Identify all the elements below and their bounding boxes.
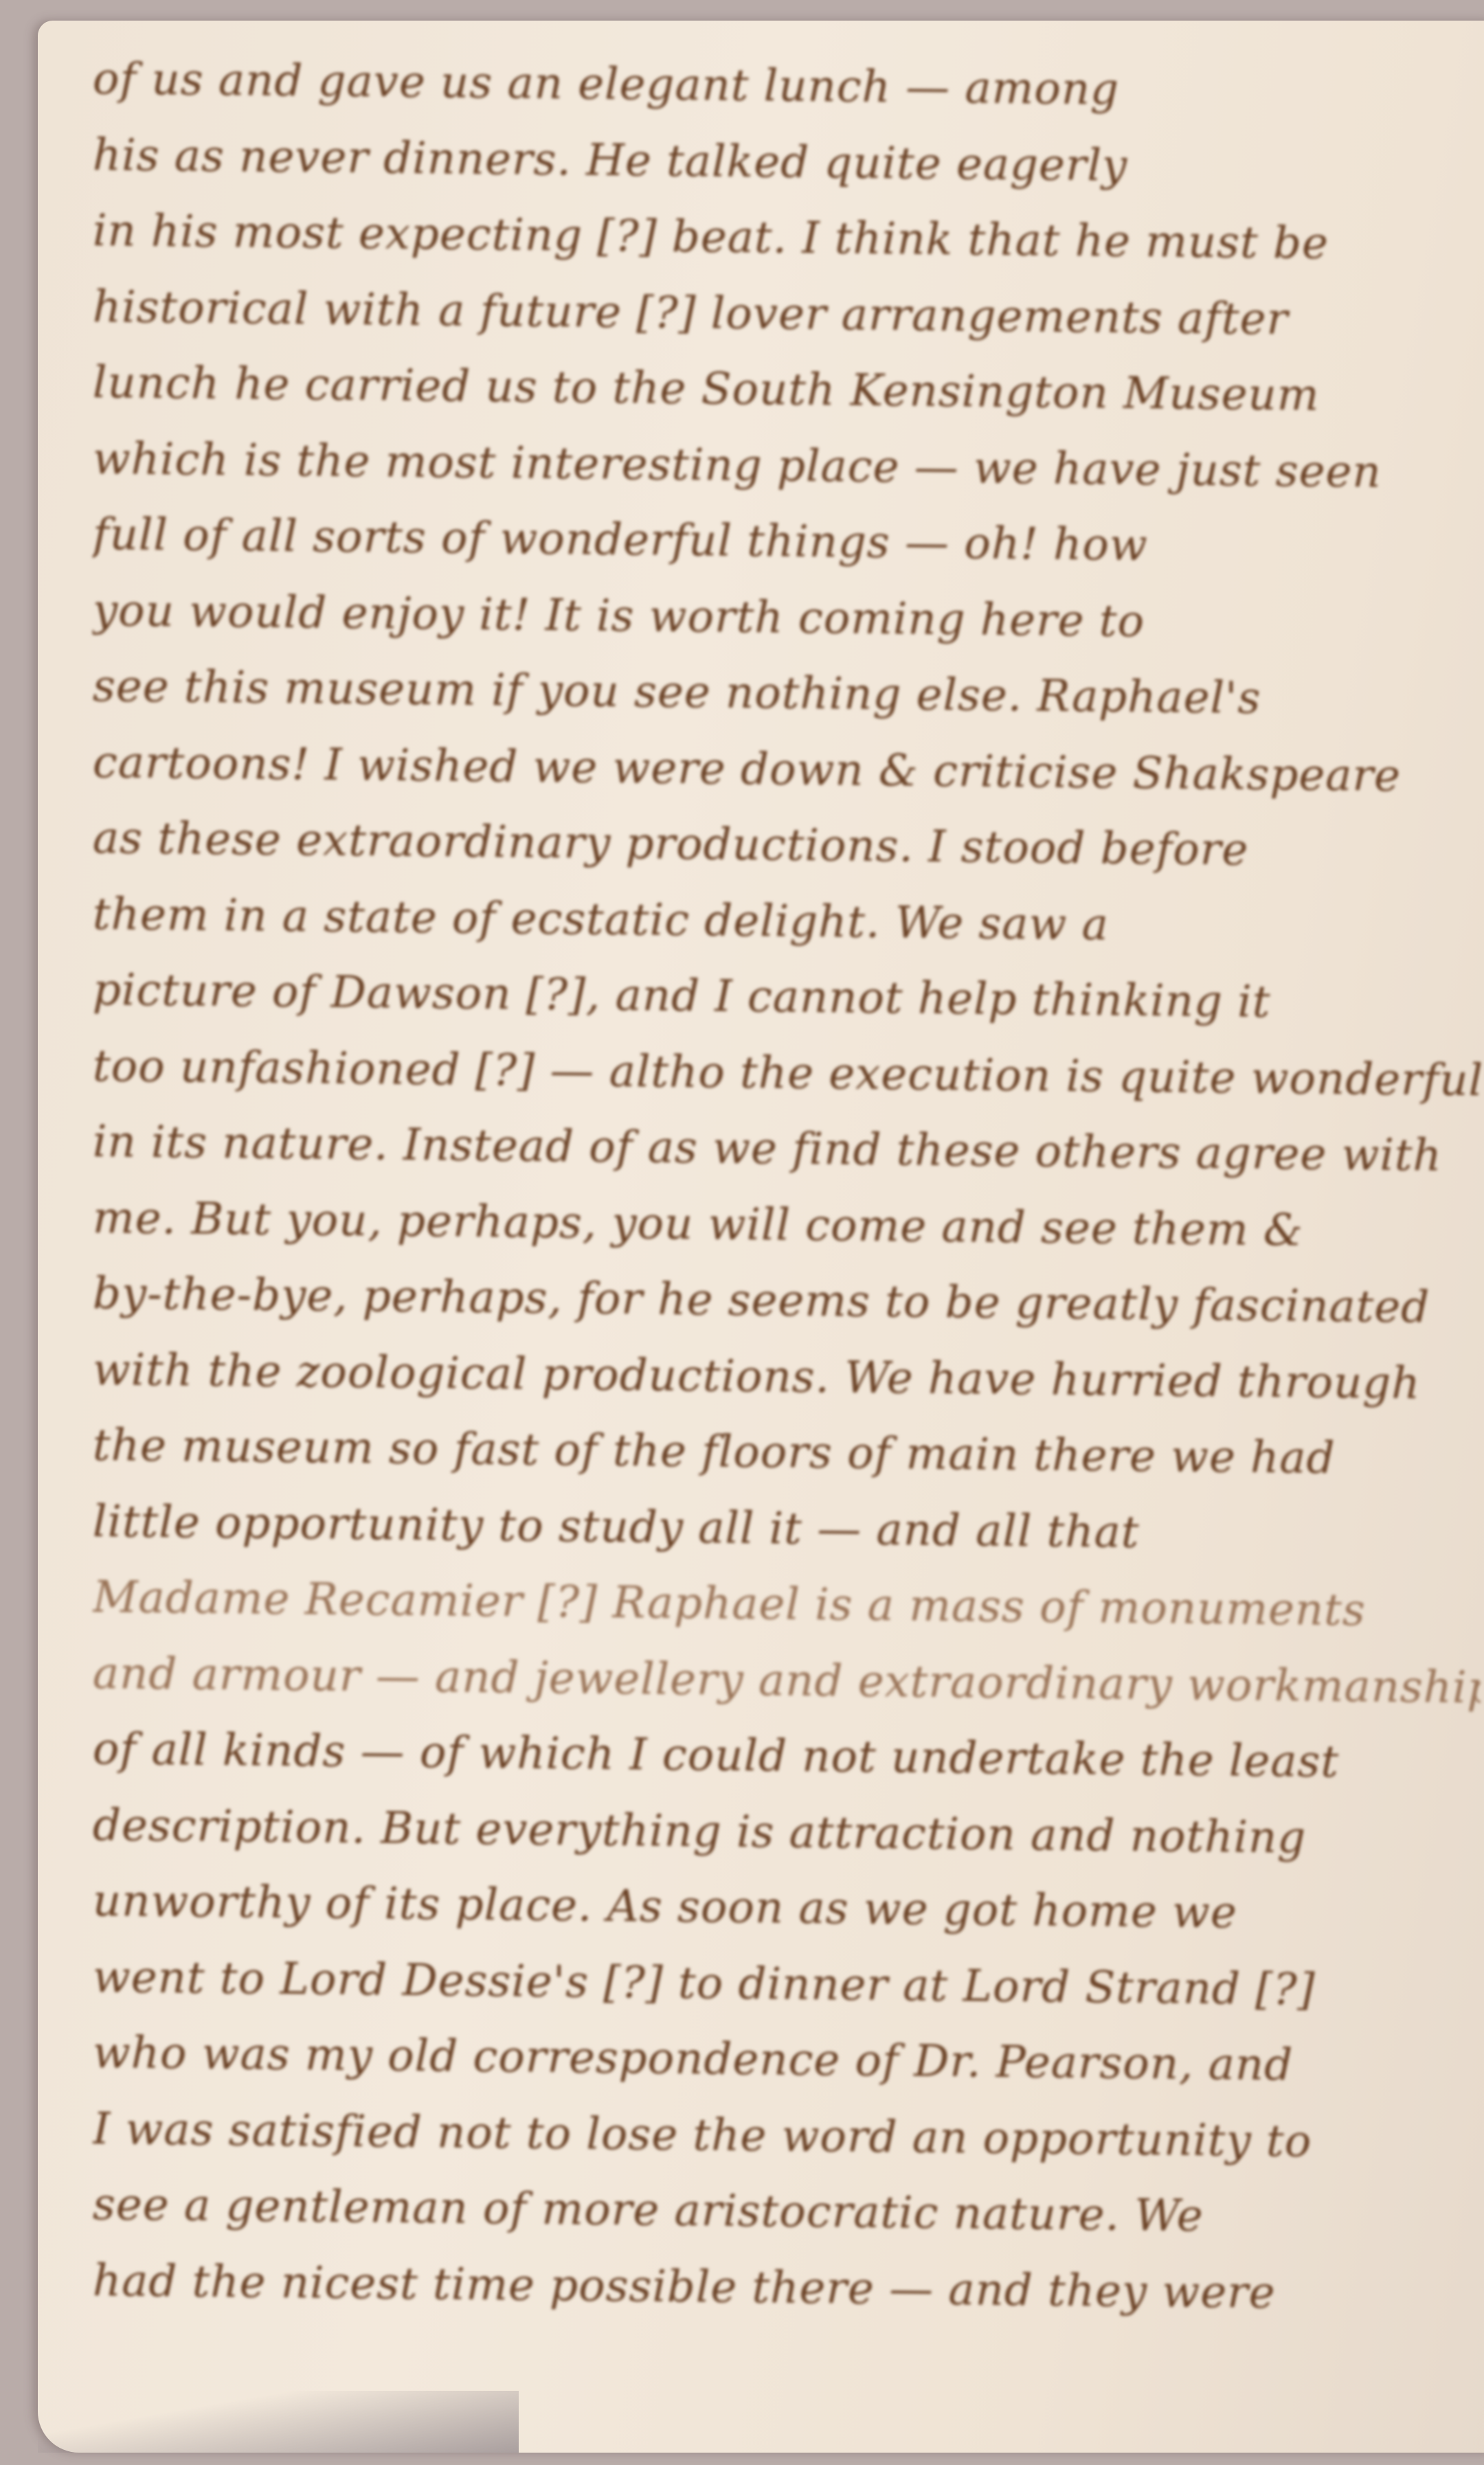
page-corner-shadow <box>38 2391 519 2453</box>
text-line: Madame Recamier [?] Raphael is a mass of… <box>92 1560 1481 1650</box>
text-line: by-the-bye, perhaps, for he seems to be … <box>92 1256 1481 1347</box>
text-line: picture of Dawson [?], and I cannot help… <box>92 952 1481 1043</box>
text-line: me. But you, perhaps, you will come and … <box>92 1180 1481 1271</box>
text-line: little opportunity to study all it — and… <box>92 1484 1481 1575</box>
text-line: with the zoological productions. We have… <box>92 1332 1481 1423</box>
text-line: the museum so fast of the floors of main… <box>92 1408 1481 1498</box>
text-line: description. But everything is attractio… <box>92 1788 1481 1878</box>
text-line: them in a state of ecstatic delight. We … <box>92 877 1481 967</box>
text-line: you would enjoy it! It is worth coming h… <box>92 573 1481 664</box>
text-line: cartoons! I wished we were down & critic… <box>92 725 1481 815</box>
text-line: in its nature. Instead of as we find the… <box>92 1104 1481 1195</box>
text-line: had the nicest time possible there — and… <box>92 2243 1481 2334</box>
text-line: which is the most interesting place — we… <box>92 421 1481 512</box>
text-line: too unfashioned [?] — altho the executio… <box>92 1028 1481 1119</box>
text-line: in his most expecting [?] beat. I think … <box>92 193 1481 284</box>
text-line: lunch he carried us to the South Kensing… <box>92 345 1481 436</box>
text-line: historical with a future [?] lover arran… <box>92 269 1481 360</box>
manuscript-page: of us and gave us an elegant lunch — amo… <box>38 21 1484 2453</box>
text-line: see a gentleman of more aristocratic nat… <box>92 2167 1481 2258</box>
text-line: went to Lord Dessie's [?] to dinner at L… <box>92 1939 1481 2030</box>
text-line: see this museum if you see nothing else.… <box>92 649 1481 739</box>
text-line: as these extraordinary productions. I st… <box>92 800 1481 891</box>
text-line: his as never dinners. He talked quite ea… <box>92 117 1481 208</box>
text-line: who was my old correspondence of Dr. Pea… <box>92 2015 1481 2106</box>
handwritten-text-block: of us and gave us an elegant lunch — amo… <box>93 41 1481 2319</box>
text-line: full of all sorts of wonderful things — … <box>92 497 1481 587</box>
text-line: I was satisfied not to lose the word an … <box>92 2091 1481 2182</box>
text-line: of all kinds — of which I could not unde… <box>92 1711 1481 1802</box>
text-line: of us and gave us an elegant lunch — amo… <box>92 41 1481 132</box>
text-line: unworthy of its place. As soon as we got… <box>92 1863 1481 1954</box>
text-line: and armour — and jewellery and extraordi… <box>92 1636 1481 1726</box>
